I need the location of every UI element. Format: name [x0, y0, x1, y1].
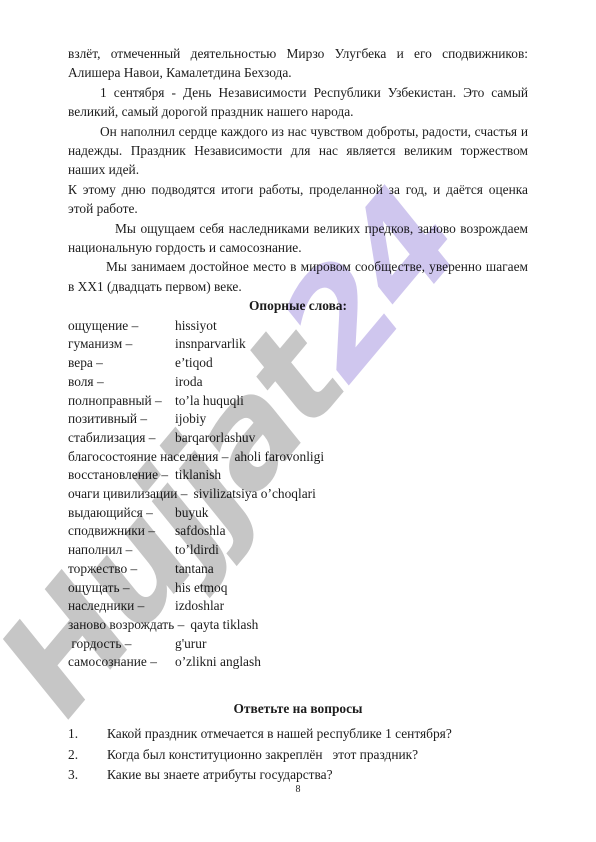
vocab-term: ощущение – [68, 317, 169, 336]
vocab-row: наследники –izdoshlar [68, 597, 528, 616]
vocab-row: самосознание –o’zlikni anglash [68, 653, 528, 672]
vocab-row: воля –iroda [68, 373, 528, 392]
vocab-term: полноправный – [68, 392, 169, 411]
vocab-translation: iroda [175, 373, 203, 392]
vocab-row: полноправный –to’la huquqli [68, 392, 528, 411]
paragraph: Он наполнил сердце каждого из нас чувств… [68, 122, 528, 180]
vocab-term: очаги цивилизации – [68, 485, 187, 504]
vocab-translation: to’la huquqli [175, 392, 244, 411]
vocab-term: торжество – [68, 560, 169, 579]
vocab-translation: ijobiy [175, 410, 206, 429]
question-number: 3. [68, 765, 107, 785]
vocab-term: стабилизация – [68, 429, 169, 448]
vocab-term: ощущать – [68, 579, 169, 598]
vocab-term: наследники – [68, 597, 169, 616]
vocab-term: выдающийся – [68, 504, 169, 523]
vocab-translation: o’zlikni anglash [175, 653, 261, 672]
vocab-list: ощущение –hissiyotгуманизм –insnparvarli… [68, 317, 528, 672]
vocab-row: наполнил –to’ldirdi [68, 541, 528, 560]
vocab-translation: buyuk [175, 504, 208, 523]
vocab-term: заново возрождать – [68, 616, 184, 635]
vocab-term: благосостояние населения – [68, 448, 228, 467]
body-paragraphs: взлёт, отмеченный деятельностью Мирзо Ул… [68, 44, 528, 296]
vocab-term: позитивный – [68, 410, 169, 429]
page-number: 8 [0, 784, 596, 795]
vocab-row: позитивный –ijobiy [68, 410, 528, 429]
page-content: взлёт, отмеченный деятельностью Мирзо Ул… [68, 44, 528, 786]
vocab-translation: aholi farovonligi [234, 448, 324, 467]
vocab-term: воля – [68, 373, 169, 392]
paragraph: 1 сентября - День Независимости Республи… [68, 83, 528, 122]
vocab-row: ощущать –his etmoq [68, 579, 528, 598]
question-row: 1.Какой праздник отмечается в нашей респ… [68, 724, 528, 744]
vocab-translation: insnparvarlik [175, 335, 246, 354]
vocab-term: гордость – [68, 635, 169, 654]
vocab-row: выдающийся –buyuk [68, 504, 528, 523]
vocab-term: сподвижники – [68, 522, 169, 541]
vocab-row: гуманизм –insnparvarlik [68, 335, 528, 354]
vocab-translation: g'urur [175, 635, 206, 654]
question-number: 1. [68, 724, 107, 744]
vocab-term: восстановление – [68, 466, 169, 485]
question-text: Какие вы знаете атрибуты государства? [107, 765, 333, 785]
vocab-term: самосознание – [68, 653, 169, 672]
vocab-heading: Опорные слова: [68, 296, 528, 315]
document-page: взлёт, отмеченный деятельностью Мирзо Ул… [0, 0, 596, 842]
paragraph: Мы занимаем достойное место в мировом со… [68, 257, 528, 296]
question-number: 2. [68, 745, 107, 765]
vocab-row: ощущение –hissiyot [68, 317, 528, 336]
vocab-translation: hissiyot [175, 317, 217, 336]
question-list: 1.Какой праздник отмечается в нашей респ… [68, 724, 528, 785]
vocab-term: вера – [68, 354, 169, 373]
vocab-translation: barqarorlashuv [175, 429, 255, 448]
vocab-translation: his etmoq [175, 579, 227, 598]
vocab-row: заново возрождать –qayta tiklash [68, 616, 528, 635]
paragraph: Мы ощущаем себя наследниками великих пре… [68, 219, 528, 258]
paragraph: взлёт, отмеченный деятельностью Мирзо Ул… [68, 44, 528, 83]
vocab-translation: izdoshlar [175, 597, 224, 616]
questions-heading: Ответьте на вопросы [68, 699, 528, 718]
vocab-row: вера –e’tiqod [68, 354, 528, 373]
vocab-row: стабилизация –barqarorlashuv [68, 429, 528, 448]
paragraph: К этому дню подводятся итоги работы, про… [68, 180, 528, 219]
vocab-translation: tantana [175, 560, 214, 579]
vocab-term: наполнил – [68, 541, 169, 560]
vocab-translation: tiklanish [175, 466, 221, 485]
vocab-row: восстановление –tiklanish [68, 466, 528, 485]
vocab-row: гордость –g'urur [68, 635, 528, 654]
vocab-translation: sivilizatsiya o’choqlari [193, 485, 315, 504]
vocab-translation: e’tiqod [175, 354, 213, 373]
vocab-term: гуманизм – [68, 335, 169, 354]
vocab-row: благосостояние населения –aholi farovonl… [68, 448, 528, 467]
question-text: Какой праздник отмечается в нашей респуб… [107, 724, 452, 744]
question-text: Когда был конституционно закреплён этот … [107, 745, 418, 765]
question-row: 3.Какие вы знаете атрибуты государства? [68, 765, 528, 785]
vocab-translation: qayta tiklash [190, 616, 258, 635]
vocab-row: сподвижники –safdoshla [68, 522, 528, 541]
vocab-translation: to’ldirdi [175, 541, 219, 560]
vocab-row: торжество –tantana [68, 560, 528, 579]
question-row: 2.Когда был конституционно закреплён это… [68, 745, 528, 765]
vocab-translation: safdoshla [175, 522, 226, 541]
vocab-row: очаги цивилизации –sivilizatsiya o’choql… [68, 485, 528, 504]
